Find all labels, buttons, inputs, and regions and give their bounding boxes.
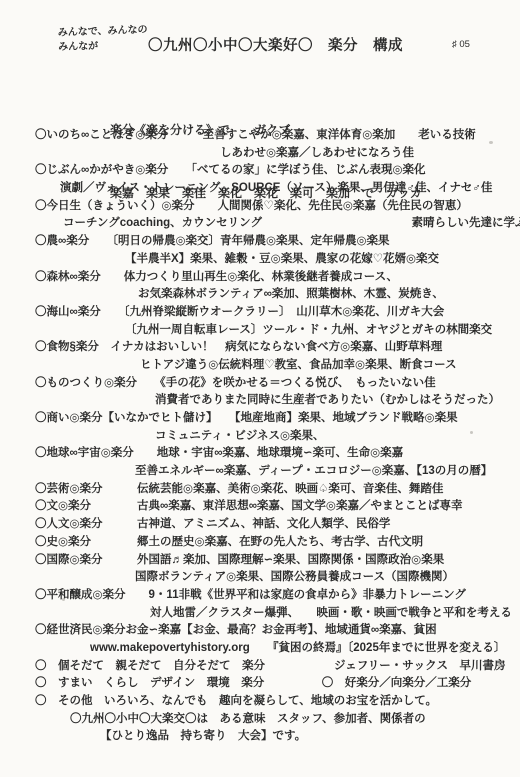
content-line: www.makepovertyhistory.org 『貧困の終焉』〔2025年… bbox=[35, 640, 513, 658]
content-line: 演劇／ヴォイス・トレーニング、SOURCE（ソース）楽果、男伊達♂佳、イナセ♂佳 bbox=[35, 180, 513, 198]
content-line: 至善エネルギー∞楽嘉、ディープ・エコロジー◎楽嘉、【13の月の暦】 bbox=[35, 463, 513, 481]
content-line: 〔九州一周自転車レース〕ツール・ド・九州、オヤジとガキの林間楽交 bbox=[35, 322, 513, 340]
content-line: 〇農∞楽分 〔明日の帰農◎楽交〕青年帰農◎楽果、定年帰農◎楽果 bbox=[35, 233, 513, 251]
content-line: 〇ものつくり◎楽分 《手の花》を咲かせる＝つくる悦び、 もったいない佳 bbox=[35, 375, 513, 393]
content-line: 〇 その他 いろいろ、なんでも 趣向を凝らして、地域のお宝を活かして。 bbox=[35, 693, 513, 711]
content-line: 〇森林∞楽分 体力つくり里山再生◎楽化、林業後継者養成コース、 bbox=[35, 269, 513, 287]
photocopy-speck bbox=[498, 664, 501, 667]
photocopy-speck bbox=[62, 598, 65, 601]
content-line: 【ひとり逸品 持ち寄り 大会】です。 bbox=[35, 728, 513, 746]
content-line: コミュニティ・ビジネス◎楽果、 bbox=[35, 428, 513, 446]
page-number: ♯ 05 bbox=[452, 39, 470, 50]
content-line: 〇商い◎楽分【いなかでヒト儲け】 【地産地商】楽果、地域ブランド戦略◎楽果 bbox=[35, 410, 513, 428]
photocopy-speck bbox=[470, 431, 473, 434]
content-line: 〇いのち∞ことほぎ◎楽分 至善すこやか◎楽嘉、東洋体育◎楽加 老いる技術 bbox=[35, 127, 513, 145]
content-line: 消費者でありまた同時に生産者でありたい（むかしはそうだった） bbox=[35, 392, 513, 410]
content-line: 【半農半X】楽果、雑穀・豆◎楽果、農家の花嫁♡花婿◎楽交 bbox=[35, 251, 513, 269]
content-line: 〇今日生（きょういく）◎楽分 人間関係♡楽化、先住民◎楽嘉（先住民の智恵） bbox=[35, 198, 513, 216]
content-lines: 〇いのち∞ことほぎ◎楽分 至善すこやか◎楽嘉、東洋体育◎楽加 老いる技術しあわせ… bbox=[35, 127, 513, 746]
page-title: 〇九州〇小中〇大楽好〇 楽分 構成 bbox=[148, 34, 403, 55]
motto-line-2: みんなが bbox=[58, 38, 148, 55]
content-line: 〇国際◎楽分 外国語♬楽加、国際理解∽楽果、国際関係・国際政治◎楽果 bbox=[35, 552, 513, 570]
content-line: 〇じぶん∞かがやき◎楽分 「べてるの家」に学ぼう佳、じぶん表現◎楽化 bbox=[35, 162, 513, 180]
content-line: 〇経世済民◎楽分お金∽楽嘉【お金、最高？お金再考】、地域通貨∞楽嘉、貧困 bbox=[35, 622, 513, 640]
photocopy-speck bbox=[489, 141, 493, 144]
content-line: 〇九州〇小中〇大楽交〇は ある意味 スタッフ、参加者、関係者の bbox=[35, 711, 513, 729]
content-line: 〇地球∞宇宙◎楽分 地球・宇宙∞楽嘉、地球環境∽楽可、生命◎楽嘉 bbox=[35, 445, 513, 463]
content-line: 〇海山∞楽分 〔九州脊梁縦断ウオークラリー〕 山川草木◎楽花、川ガキ大会 bbox=[35, 304, 513, 322]
motto-line-1: みんなで、みんなの bbox=[58, 24, 148, 38]
content-line: 〇 個そだて 親そだて 自分そだて 楽分 ジェフリー・サックス 早川書房 bbox=[35, 658, 513, 676]
content-line: ヒトアジ違う◎伝統料理♡教室、食品加幸◎楽果、断食コース bbox=[35, 357, 513, 375]
motto-text: みんなで、みんなのみんなが bbox=[58, 22, 149, 55]
content-line: 国際ボランティア◎楽果、国際公務員養成コース（国際機関） bbox=[35, 569, 513, 587]
content-line: 〇文◎楽分 古典∞楽嘉、東洋思想∞楽嘉、国文学◎楽嘉／やまとことば専幸 bbox=[35, 498, 513, 516]
content-line: 〇平和醸成◎楽分 9・11非戦《世界平和は家庭の食卓から》非暴力トレーニング bbox=[35, 587, 513, 605]
content-line: 〇芸術◎楽分 伝統芸能◎楽嘉、美術◎楽花、映画♤楽可、音楽佳、舞踏佳 bbox=[35, 481, 513, 499]
content-line: しあわせ◎楽嘉／しあわせになろう佳 bbox=[35, 145, 513, 163]
content-line: 〇史◎楽分 郷土の歴史◎楽嘉、在野の先人たち、考古学、古代文明 bbox=[35, 534, 513, 552]
scanned-document-page: みんなで、みんなのみんなが 〇九州〇小中〇大楽好〇 楽分 構成 ♯ 05 楽分《… bbox=[0, 0, 520, 777]
content-line: 対人地雷／クラスター爆弾、 映画・歌・映画で戦争と平和を考える bbox=[35, 605, 513, 623]
content-line: 〇 すまい くらし デザイン 環境 楽分 〇 好楽分／向楽分／工楽分 bbox=[35, 675, 513, 693]
content-line: 〇食物§楽分 イナカはおいしい！ 病気にならない食べ方◎楽嘉、山野草料理 bbox=[35, 339, 513, 357]
content-line: 〇人文◎楽分 古神道、アミニズム、神話、文化人類学、民俗学 bbox=[35, 516, 513, 534]
content-line: お気楽森林ボランティア∞楽加、照葉樹林、木霊、炭焼き、 bbox=[35, 286, 513, 304]
content-line: コーチングcoaching、カウンセリング 素晴らしい先達に学ぶ◎楽嘉 bbox=[35, 215, 513, 233]
